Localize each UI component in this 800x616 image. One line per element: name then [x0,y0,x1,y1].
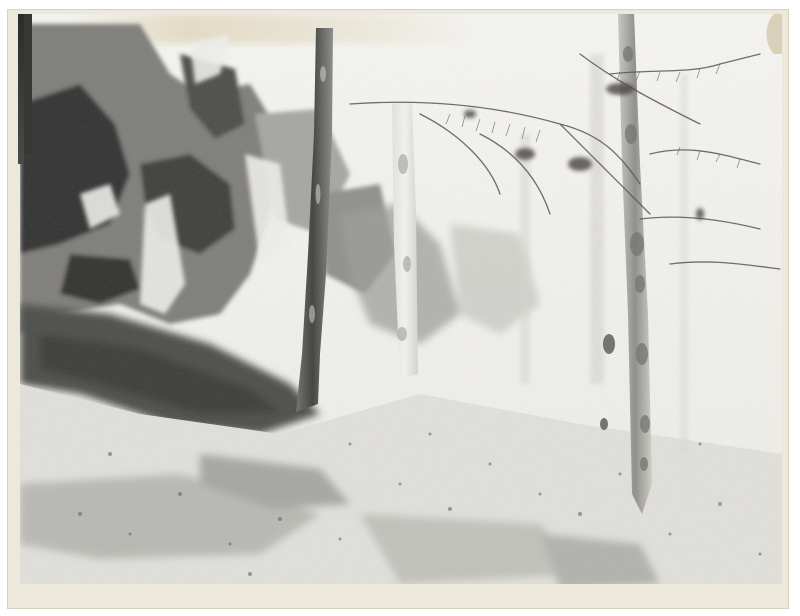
photo-stage: Photographic negative of a sloping fores… [0,0,800,616]
plate-edge-shadow [18,14,24,164]
forest-negative-photo [20,14,782,596]
photo-plate [8,10,788,608]
image-description: Photographic negative of a sloping fores… [0,0,1,1]
